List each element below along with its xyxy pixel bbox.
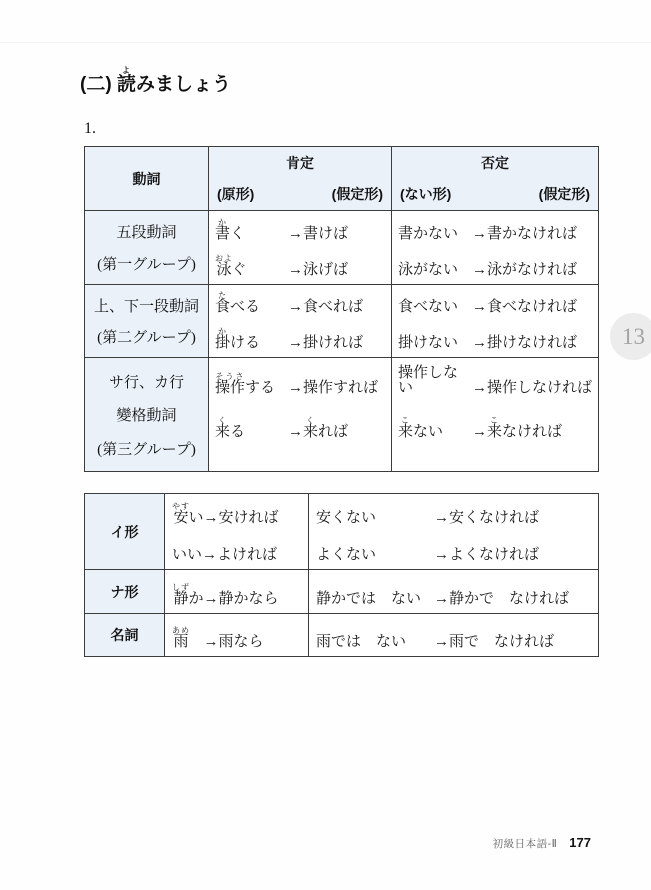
conjugation-line: 来こない →来こなければ	[392, 402, 598, 446]
cell-ichidan-affirmative: 食たべる →食べれば 掛かける →掛ければ	[208, 284, 391, 357]
nai-form: よくない	[316, 548, 434, 563]
conditional-form: →操作しなければ	[472, 381, 592, 396]
cell-godan-affirmative: 書かく →書けば 泳およぐ →泳げば	[208, 210, 391, 284]
chapter-number: 13	[622, 324, 645, 350]
header-affirmative: 肯定 (原形) (假定形)	[208, 147, 391, 210]
conjugation-line: 操作そうさする →操作すれば	[209, 358, 391, 402]
conjugation-line: 来くる →来くれば	[209, 402, 391, 446]
conditional-form: →書かなければ	[472, 227, 577, 242]
conditional-pair: 雨あめ →雨なら	[172, 626, 264, 650]
header-dictionary-form: (原形)	[217, 184, 254, 204]
nai-form: 書かない	[398, 227, 472, 242]
conjugation-line: 静しずか→静かなら	[165, 570, 308, 613]
conditional-pair: 安やすい→安ければ	[172, 502, 279, 526]
verb-group-number: (第二グループ)	[97, 326, 196, 347]
conjugation-line: 雨では ない →雨で なければ	[309, 614, 598, 656]
nai-form: 雨では ない	[316, 635, 434, 650]
conjugation-line: よくない →よくなければ	[309, 532, 598, 570]
conjugation-line: 安やすい→安ければ	[165, 494, 308, 532]
header-negative-subrow: (ない形) (假定形)	[392, 179, 598, 211]
row-label-i-adjective: イ形	[85, 494, 164, 569]
dictionary-form: 泳およぐ	[215, 254, 288, 278]
conjugation-line: 食べない →食べなければ	[392, 285, 598, 321]
cell-ichidan-negative: 食べない →食べなければ 掛けない →掛けなければ	[391, 284, 598, 357]
header-nai-form: (ない形)	[400, 184, 451, 204]
cell-noun-negative: 雨では ない →雨で なければ	[308, 613, 598, 656]
conjugation-line: 泳およぐ →泳げば	[209, 248, 391, 285]
header-affirmative-subrow: (原形) (假定形)	[209, 179, 391, 211]
conjugation-line: 書かない →書かなければ	[392, 211, 598, 248]
conjugation-line: 書かく →書けば	[209, 211, 391, 248]
conjugation-line: 雨あめ →雨なら	[165, 614, 308, 656]
verb-group-name: 五段動詞	[116, 221, 176, 242]
nai-form: 食べない	[398, 300, 472, 315]
conditional-form: →来こなければ	[472, 416, 562, 440]
dictionary-form: 操作そうさする	[215, 372, 288, 396]
conjugation-line: 掛けない →掛けなければ	[392, 321, 598, 357]
nai-form: 操作しない	[398, 366, 472, 396]
conditional-form: →食べなければ	[472, 300, 577, 315]
verb-group-name: 上、下一段動詞	[94, 295, 199, 316]
conditional-pair: いい→よければ	[172, 548, 277, 563]
dictionary-form: 書かく	[215, 218, 288, 242]
dictionary-form: 掛かける	[215, 327, 288, 351]
row-label-ichidan: 上、下一段動詞 (第二グループ)	[85, 284, 208, 357]
cell-i-adjective-forms: 安やすい→安ければ いい→よければ	[164, 494, 308, 569]
textbook-page: (二) 読よみましょう 1. 動詞 肯定 (原形) (假定形) 否定 (ない形)…	[0, 0, 651, 890]
header-conditional-form: (假定形)	[539, 184, 590, 204]
chapter-number-badge: 13	[610, 313, 651, 360]
page-number: 177	[569, 835, 591, 850]
nai-form: 来こない	[398, 416, 472, 440]
verb-conjugation-table: 動詞 肯定 (原形) (假定形) 否定 (ない形) (假定形) 五段動詞 (第一…	[84, 146, 599, 472]
cell-godan-negative: 書かない →書かなければ 泳がない →泳がなければ	[391, 210, 598, 284]
book-title: 初級日本語-Ⅱ	[493, 836, 558, 851]
conjugation-line: いい→よければ	[165, 532, 308, 570]
conditional-form: →掛けなければ	[472, 336, 577, 351]
page-title: (二) 読よみましょう	[80, 66, 231, 96]
header-verb: 動詞	[85, 147, 208, 210]
dictionary-form: 食たべる	[215, 291, 288, 315]
row-label-irregular: サ行、カ行 變格動詞 (第三グループ)	[85, 357, 208, 471]
row-label-na-adjective: ナ形	[85, 569, 164, 613]
cell-na-adjective-forms: 静しずか→静かなら	[164, 569, 308, 613]
cell-noun-forms: 雨あめ →雨なら	[164, 613, 308, 656]
cell-na-adjective-negative: 静かでは ない →静かで なければ	[308, 569, 598, 613]
conjugation-line: 食たべる →食べれば	[209, 285, 391, 321]
nai-form: 安くない	[316, 511, 434, 526]
nai-form: 掛けない	[398, 336, 472, 351]
verb-group-name: 變格動詞	[116, 404, 176, 425]
conjugation-line: 安くない →安くなければ	[309, 494, 598, 532]
row-label-godan: 五段動詞 (第一グループ)	[85, 210, 208, 284]
conjugation-line: 泳がない →泳がなければ	[392, 248, 598, 285]
conditional-form: →静かで なければ	[434, 592, 569, 607]
header-negative-label: 否定	[392, 147, 598, 179]
conditional-form: →泳げば	[288, 263, 348, 278]
cell-irregular-affirmative: 操作そうさする →操作すれば 来くる →来くれば	[208, 357, 391, 471]
adjective-noun-conjugation-table: イ形 安やすい→安ければ いい→よければ 安くない →安くなければ よくない →…	[84, 493, 599, 657]
dictionary-form: 来くる	[215, 416, 288, 440]
conditional-pair: 静しずか→静かなら	[172, 583, 279, 607]
conditional-form: →泳がなければ	[472, 263, 577, 278]
conditional-form: →操作すれば	[288, 381, 378, 396]
conditional-form: →よくなければ	[434, 548, 539, 563]
page-footer: 初級日本語-Ⅱ 177	[493, 835, 591, 851]
conditional-form: →掛ければ	[288, 336, 363, 351]
conditional-form: →雨で なければ	[434, 635, 554, 650]
conjugation-line: 操作しない →操作しなければ	[392, 358, 598, 402]
conjugation-line: 掛かける →掛ければ	[209, 321, 391, 357]
verb-group-number: (第三グループ)	[97, 438, 196, 459]
conditional-form: →安くなければ	[434, 511, 539, 526]
conditional-form: →書けば	[288, 227, 348, 242]
conditional-form: →食べれば	[288, 300, 363, 315]
verb-group-name: サ行、カ行	[109, 371, 184, 392]
section-number: 1.	[84, 120, 96, 138]
cell-irregular-negative: 操作しない →操作しなければ 来こない →来こなければ	[391, 357, 598, 471]
nai-form: 静かでは ない	[316, 592, 434, 607]
row-label-noun: 名詞	[85, 613, 164, 656]
header-conditional-form: (假定形)	[332, 184, 383, 204]
conditional-form: →来くれば	[288, 416, 348, 440]
cell-i-adjective-negative: 安くない →安くなければ よくない →よくなければ	[308, 494, 598, 569]
header-negative: 否定 (ない形) (假定形)	[391, 147, 598, 210]
conjugation-line: 静かでは ない →静かで なければ	[309, 570, 598, 613]
nai-form: 泳がない	[398, 263, 472, 278]
verb-group-number: (第一グループ)	[97, 253, 196, 274]
header-affirmative-label: 肯定	[209, 147, 391, 179]
scan-edge-line	[0, 42, 651, 43]
